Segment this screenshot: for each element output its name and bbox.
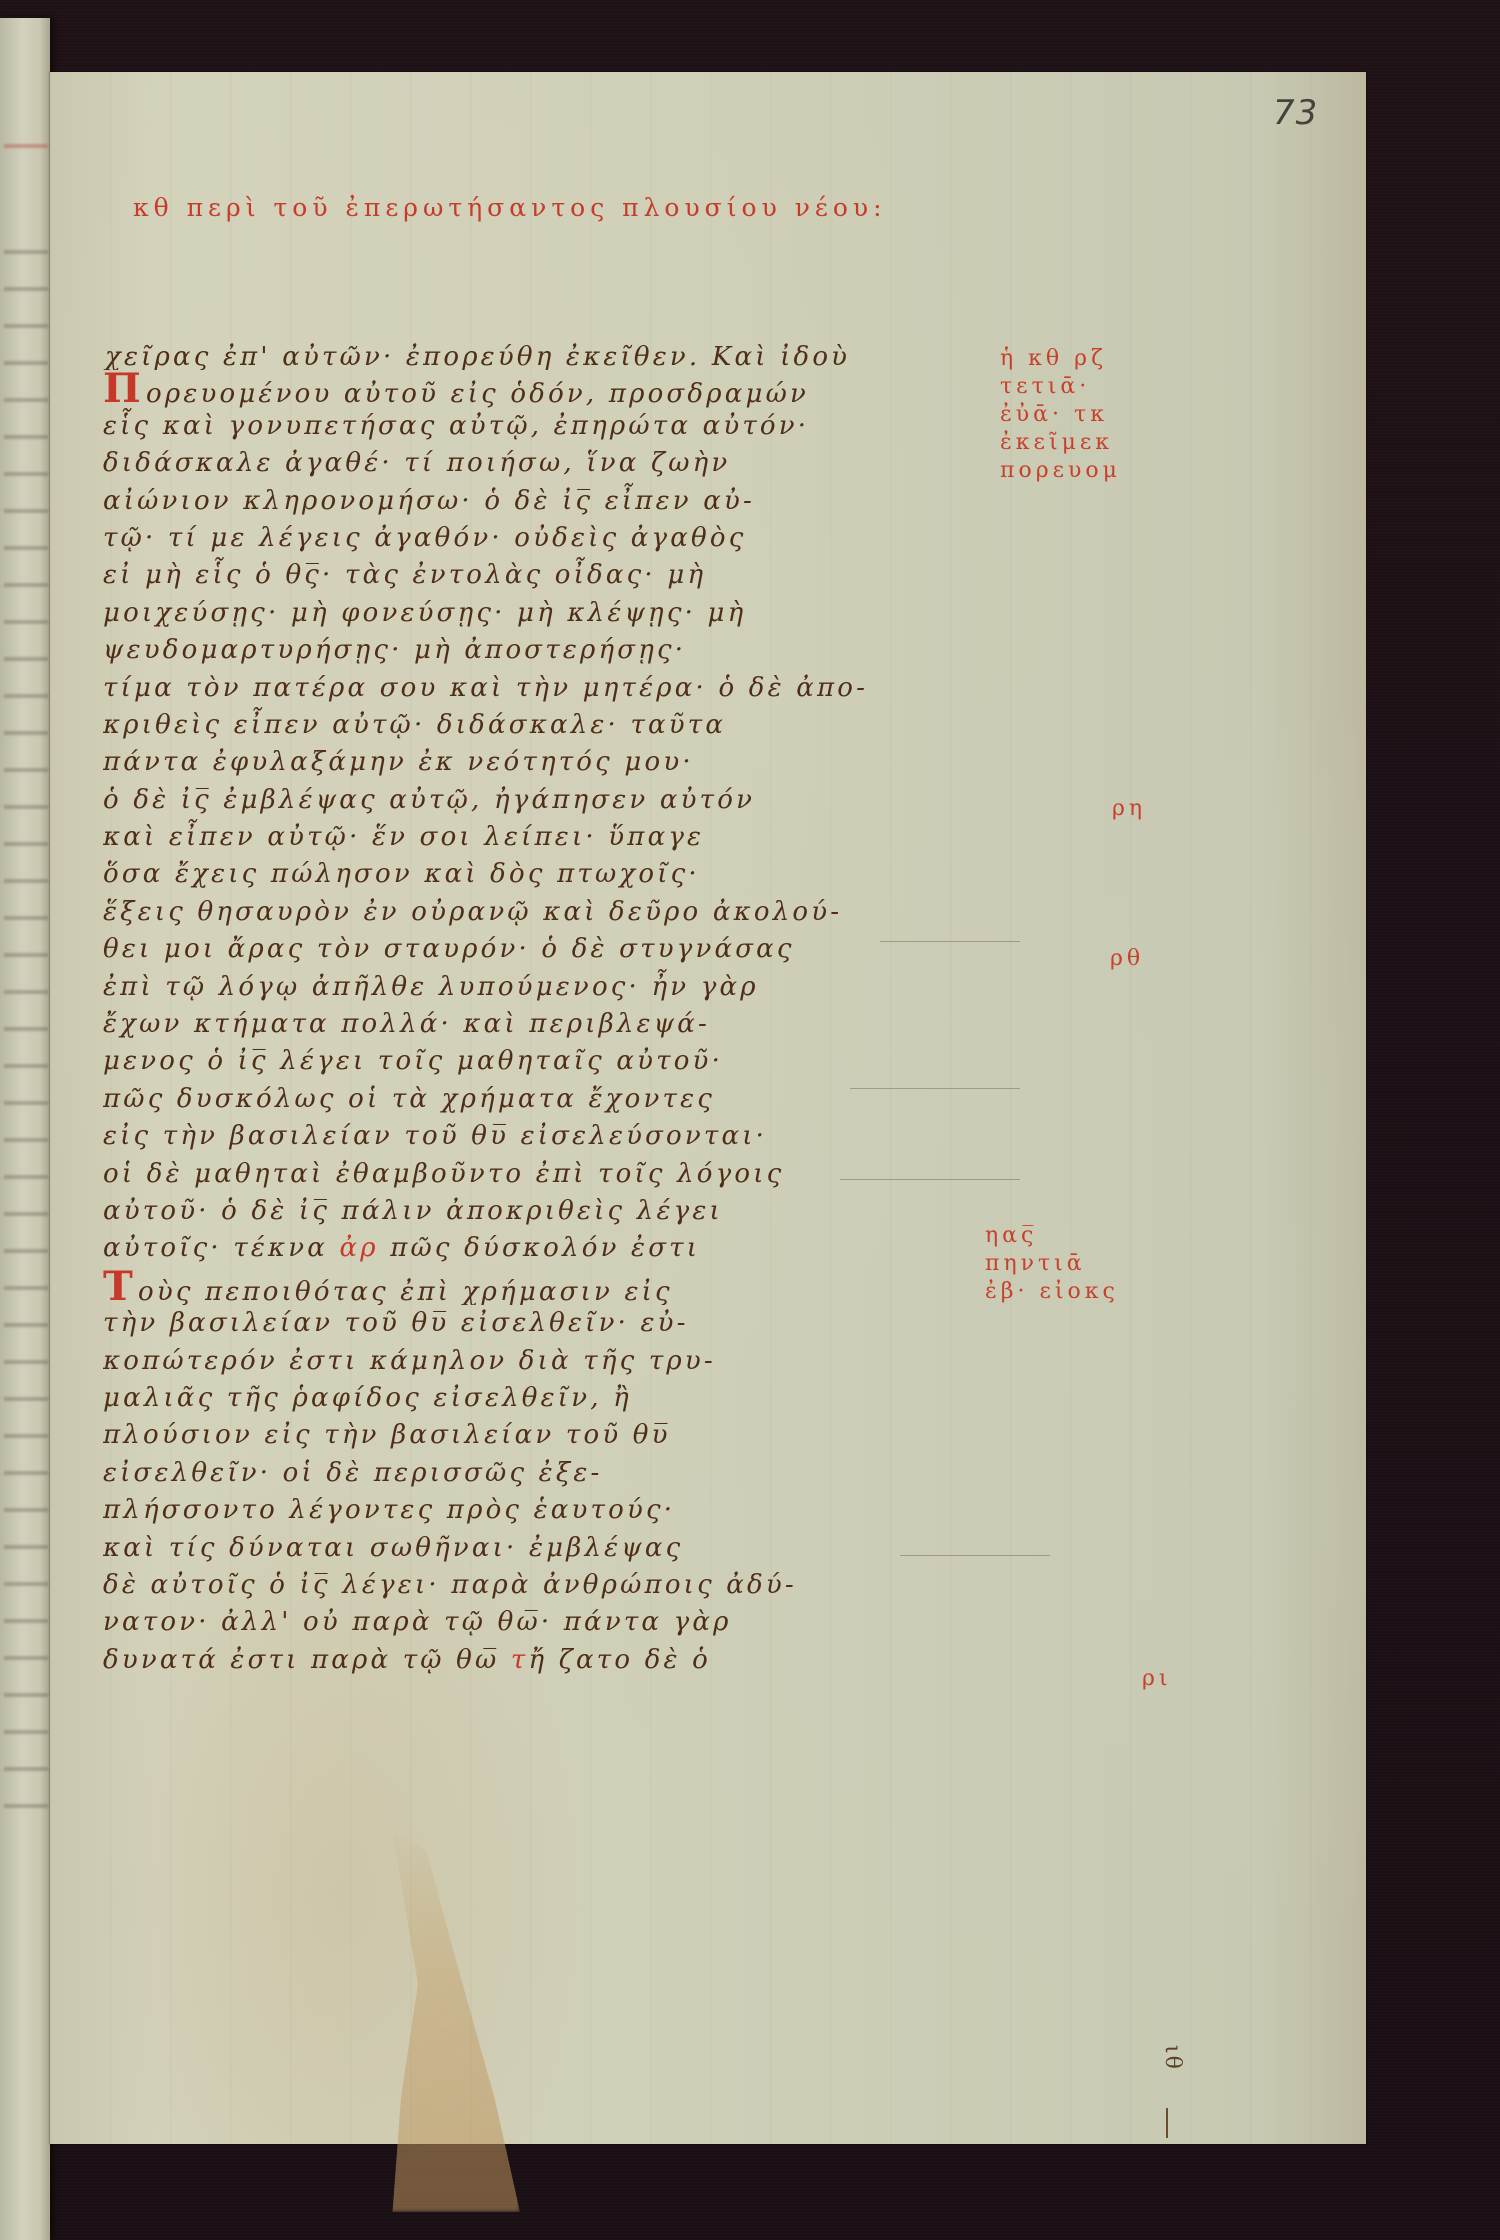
text-line: διδάσκαλε ἀγαθέ· τί ποιήσω, ἵνα ζωὴν	[103, 445, 983, 482]
text-line: ἐπὶ τῷ λόγῳ ἀπῆλθε λυπούμενος· ἦν γὰρ	[103, 969, 983, 1006]
marginal-lection-note: ηας̅ πηντιᾱ ἐβ· εἰοκς	[985, 1222, 1119, 1306]
red-correction: τ	[511, 1645, 529, 1675]
text-line: πλούσιον εἰς τὴν βασιλείαν τοῦ θυ̅	[103, 1417, 983, 1454]
text-line: ὅσα ἔχεις πώλησον καὶ δὸς πτωχοῖς·	[103, 856, 983, 893]
red-initial: Π	[103, 370, 144, 407]
text-line: εἰς τὴν βασιλείαν τοῦ θυ̅ εἰσελεύσονται·	[103, 1118, 983, 1155]
adjacent-page-rubric-trace	[4, 144, 48, 148]
text-line: κριθεὶς εἶπεν αὐτῷ· διδάσκαλε· ταῦτα	[103, 707, 983, 744]
quire-signature: ιθ	[1160, 2045, 1185, 2071]
text-line: οἱ δὲ μαθηταὶ ἐθαμβοῦντο ἐπὶ τοῖς λόγοις	[103, 1156, 983, 1193]
text-line: μενος ὁ ἰς̅ λέγει τοῖς μαθηταῖς αὐτοῦ·	[103, 1043, 983, 1080]
text-line: ἕξεις θησαυρὸν ἐν οὐρανῷ καὶ δεῦρο ἀκολο…	[103, 894, 983, 931]
red-initial: Τ	[103, 1268, 136, 1305]
text-line: πλήσσοντο λέγοντες πρὸς ἑαυτούς·	[103, 1492, 983, 1529]
text-line: πάντα ἐφυλαξάμην ἐκ νεότητός μου·	[103, 744, 983, 781]
text-line: δὲ αὐτοῖς ὁ ἰς̅ λέγει· παρὰ ἀνθρώποις ἀδ…	[103, 1567, 983, 1604]
text-line: καὶ τίς δύναται σωθῆναι· ἐμβλέψας	[103, 1530, 983, 1567]
text-line: τῷ· τί με λέγεις ἀγαθόν· οὐδεὶς ἀγαθὸς	[103, 520, 983, 557]
text-line: ἔχων κτήματα πολλά· καὶ περιβλεψά-	[103, 1006, 983, 1043]
text-line: εἰσελθεῖν· οἱ δὲ περισσῶς ἐξε-	[103, 1455, 983, 1492]
text-line: τίμα τὸν πατέρα σου καὶ τὴν μητέρα· ὁ δὲ…	[103, 670, 983, 707]
signature-stroke	[1166, 2108, 1168, 2138]
text-line: μαλιᾶς τῆς ῥαφίδος εἰσελθεῖν, ἢ	[103, 1380, 983, 1417]
text-line: ψευδομαρτυρήσῃς· μὴ ἀποστερήσῃς·	[103, 632, 983, 669]
main-text-column: χεῖρας ἐπ' αὐτῶν· ἐπορεύθη ἐκεῖθεν. Καὶ …	[103, 333, 983, 1679]
text-line: εἷς καὶ γονυπετήσας αὐτῷ, ἐπηρώτα αὐτόν·	[103, 408, 983, 445]
text-line: ὁ δὲ ἰς̅ ἐμβλέψας αὐτῷ, ἠγάπησεν αὐτόν	[103, 782, 983, 819]
text-line: κοπώτερόν ἐστι κάμηλον διὰ τῆς τρυ-	[103, 1343, 983, 1380]
marginal-lection-note: ἡ κθ ρζ τετιᾱ· ἐὐᾱ· τκ ἐκεῖμεκ πορευομ	[1000, 345, 1121, 485]
chapter-rubric-title: κθ περὶ τοῦ ἐπερωτήσαντος πλουσίου νέου:	[133, 193, 887, 222]
text-line: τὴν βασιλείαν τοῦ θυ̅ εἰσελθεῖν· εὐ-	[103, 1305, 983, 1342]
text-line: χεῖρας ἐπ' αὐτῶν· ἐπορεύθη ἐκεῖθεν. Καὶ …	[103, 333, 983, 370]
marginal-section-number: ρι	[1142, 1665, 1172, 1693]
text-line: καὶ εἶπεν αὐτῷ· ἕν σοι λείπει· ὕπαγε	[103, 819, 983, 856]
text-line: δυνατά ἐστι παρὰ τῷ θω̅ τἤ ζατο δὲ ὁ	[103, 1642, 983, 1679]
text-line: αἰώνιον κληρονομήσω· ὁ δὲ ἰς̅ εἶπεν αὐ-	[103, 483, 983, 520]
text-line: Τοὺς πεποιθότας ἐπὶ χρήμασιν εἰς	[103, 1268, 983, 1305]
text-line: αὐτοῦ· ὁ δὲ ἰς̅ πάλιν ἀποκριθεὶς λέγει	[103, 1193, 983, 1230]
red-correction: ἀρ	[340, 1233, 379, 1263]
adjacent-page-text-trace	[4, 228, 48, 1828]
text-line: εἰ μὴ εἷς ὁ θς̅· τὰς ἐντολὰς οἶδας· μὴ	[103, 557, 983, 594]
text-line: Πορευομένου αὐτοῦ εἰς ὁδόν, προσδραμών	[103, 370, 983, 407]
marginal-section-number: ρη	[1112, 795, 1146, 823]
text-line: αὐτοῖς· τέκνα ἀρ πῶς δύσκολόν ἐστι	[103, 1230, 983, 1267]
text-line: μοιχεύσῃς· μὴ φονεύσῃς· μὴ κλέψῃς· μὴ	[103, 595, 983, 632]
adjacent-page-edge	[0, 18, 50, 2240]
marginal-section-number: ρθ	[1110, 945, 1144, 973]
text-line: θει μοι ἄρας τὸν σταυρόν· ὁ δὲ στυγνάσας	[103, 931, 983, 968]
text-line: νατον· ἀλλ' οὐ παρὰ τῷ θω̅· πάντα γὰρ	[103, 1604, 983, 1641]
text-line: πῶς δυσκόλως οἱ τὰ χρήματα ἔχοντες	[103, 1081, 983, 1118]
folio-number: 73	[1273, 93, 1318, 133]
